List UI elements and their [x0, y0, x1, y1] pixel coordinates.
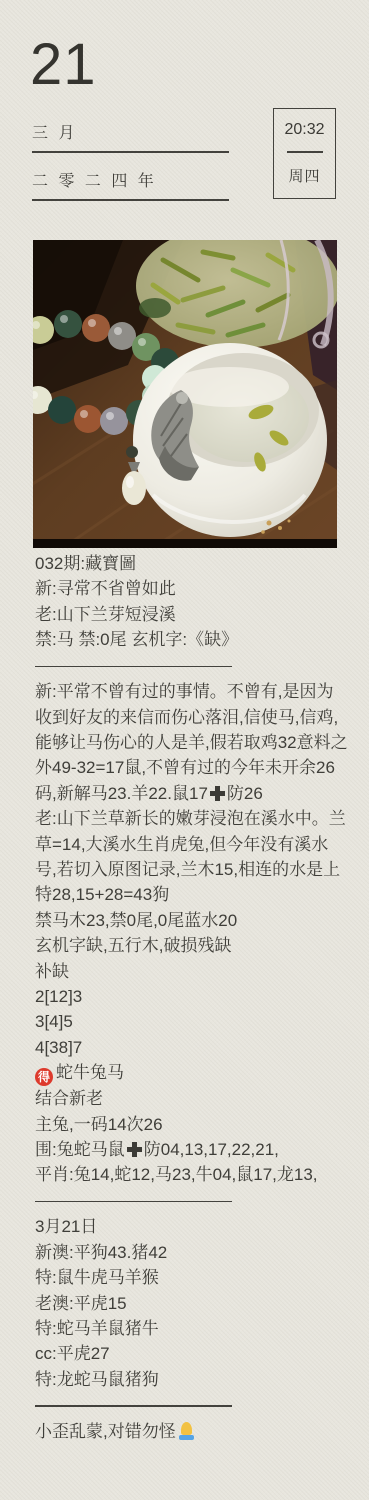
text-line: cc:平虎27	[35, 1341, 365, 1366]
text-line: 4[38]7	[35, 1035, 365, 1060]
text-line: 3月21日	[35, 1214, 365, 1239]
text-line: 特:鼠牛虎马羊猴	[35, 1265, 365, 1290]
year-label: 二 零 二 四 年	[32, 168, 157, 191]
text-line: 玄机字缺,五行木,破损残缺	[35, 933, 365, 958]
month-label: 三 月	[32, 120, 77, 143]
text-line: 草=14,大溪水生肖虎兔,但今年没有溪水	[35, 832, 365, 857]
section-divider	[35, 1405, 232, 1407]
text-line: 围:兔蛇马鼠防04,13,17,22,21,	[35, 1137, 365, 1162]
time-value: 20:32	[284, 121, 324, 139]
text-line: 码,新解马23.羊22.鼠17防26	[35, 781, 365, 806]
text-line: 收到好友的来信而伤心落泪,信使马,信鸡,	[35, 705, 365, 730]
text-line: 结合新老	[35, 1086, 365, 1111]
text-line: 小歪乱蒙,对错勿怪	[35, 1419, 365, 1444]
text-line: 禁马木23,禁0尾,0尾蓝水20	[35, 908, 365, 933]
text-line: 老:山下兰草新长的嫩芽浸泡在溪水中。兰	[35, 806, 365, 831]
text-line: 能够让马伤心的人是羊,假若取鸡32意料之	[35, 730, 365, 755]
text-line: 新:寻常不省曾如此	[35, 576, 365, 601]
text-line: 新:平常不曾有过的事情。不曾有,是因为	[35, 679, 365, 704]
text-line: 主兔,一码14次26	[35, 1112, 365, 1137]
text-line: 平肖:兔14,蛇12,马23,牛04,鼠17,龙13,	[35, 1162, 365, 1187]
plus-icon	[210, 786, 225, 801]
header-rule-bottom	[32, 199, 229, 201]
header-rule-top	[32, 151, 229, 153]
section-daily-picks: 3月21日新澳:平狗43.猪42特:鼠牛虎马羊猴老澳:平虎15特:蛇马羊鼠猪牛c…	[35, 1214, 365, 1392]
text-line: 老:山下兰芽短浸溪	[35, 602, 365, 627]
text-line: 特28,15+28=43狗	[35, 882, 365, 907]
text-line: 3[4]5	[35, 1009, 365, 1034]
tea-photo-illustration	[33, 240, 337, 548]
text-line: 特:蛇马羊鼠猪牛	[35, 1316, 365, 1341]
section-divider	[35, 1201, 232, 1203]
text-line: 032期:藏寶圖	[35, 551, 365, 576]
text-line: 新澳:平狗43.猪42	[35, 1240, 365, 1265]
text-line: 禁:马 禁:0尾 玄机字:《缺》	[35, 627, 365, 652]
text-line: 老澳:平虎15	[35, 1291, 365, 1316]
text-line: 2[12]3	[35, 984, 365, 1009]
text-line: 补缺	[35, 959, 365, 984]
time-box: 20:32 周四	[273, 108, 336, 199]
de-badge-icon: 得	[35, 1068, 53, 1086]
calendar-card: 21 三 月 二 零 二 四 年 20:32 周四	[0, 0, 369, 1500]
text-line: 号,若切入原图记录,兰木15,相连的水是上	[35, 857, 365, 882]
section-analysis: 新:平常不曾有过的事情。不曾有,是因为收到好友的来信而伤心落泪,信使马,信鸡,能…	[35, 679, 365, 1188]
text-line: 特:龙蛇马鼠猪狗	[35, 1367, 365, 1392]
day-number: 21	[30, 36, 97, 94]
section-footer-note: 小歪乱蒙,对错勿怪	[35, 1419, 365, 1444]
section-divider	[35, 666, 232, 668]
text-line: 得蛇牛兔马	[35, 1060, 365, 1086]
weekday-value: 周四	[288, 165, 320, 186]
section-issue-header: 032期:藏寶圖新:寻常不省曾如此老:山下兰芽短浸溪禁:马 禁:0尾 玄机字:《…	[35, 551, 365, 653]
text-line: 外49-32=17鼠,不曾有过的今年未开余26	[35, 755, 365, 780]
plus-icon	[127, 1142, 142, 1157]
tea-photo	[33, 240, 337, 548]
time-box-divider	[287, 151, 323, 153]
content: 032期:藏寶圖新:寻常不省曾如此老:山下兰芽短浸溪禁:马 禁:0尾 玄机字:《…	[35, 551, 365, 1444]
pray-hands-icon	[178, 1422, 195, 1440]
